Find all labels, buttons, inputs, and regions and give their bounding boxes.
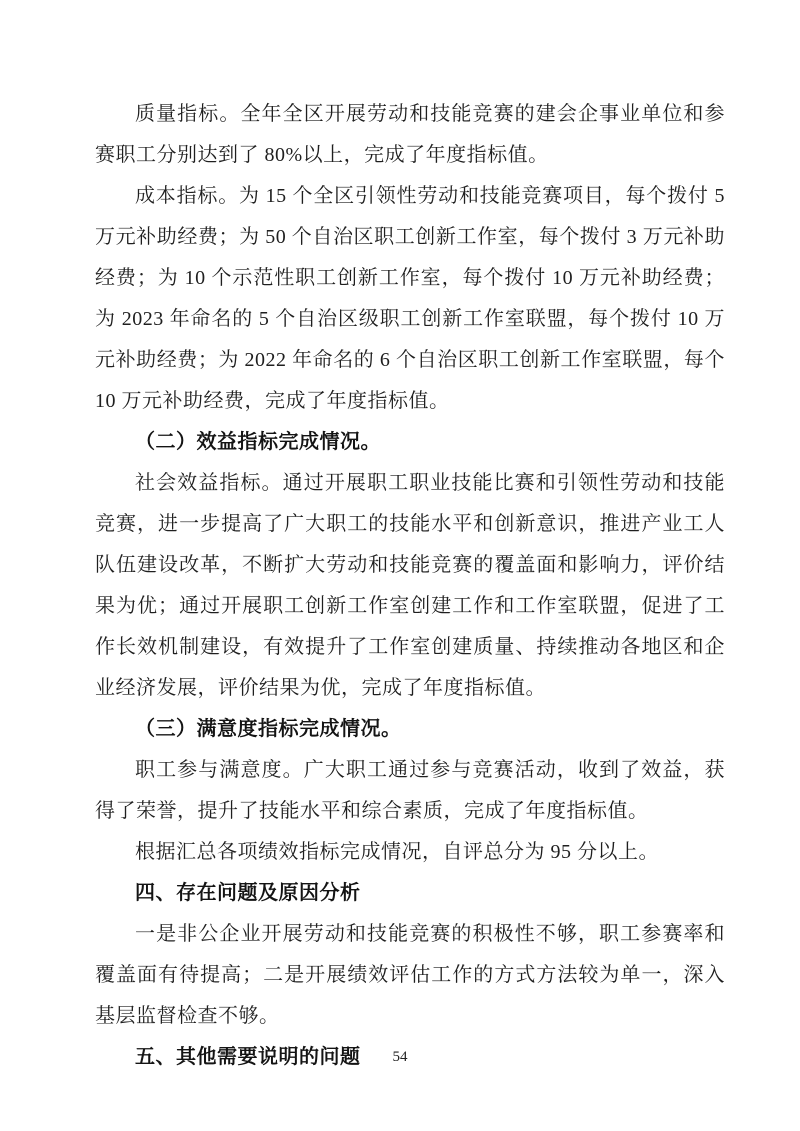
paragraph-social-benefit-indicator: 社会效益指标。通过开展职工职业技能比赛和引领性劳动和技能竞赛，进一步提高了广大职… — [95, 463, 725, 709]
paragraph-cost-indicator: 成本指标。为 15 个全区引领性劳动和技能竞赛项目，每个拨付 5 万元补助经费；… — [95, 176, 725, 422]
page-number: 54 — [0, 1046, 800, 1068]
document-page: 质量指标。全年全区开展劳动和技能竞赛的建会企事业单位和参赛职工分别达到了 80%… — [0, 0, 800, 1131]
document-body: 质量指标。全年全区开展劳动和技能竞赛的建会企事业单位和参赛职工分别达到了 80%… — [95, 94, 725, 1078]
heading-benefit-indicator-completion: （二）效益指标完成情况。 — [95, 422, 725, 463]
paragraph-employee-satisfaction: 职工参与满意度。广大职工通过参与竞赛活动，收到了效益，获得了荣誉，提升了技能水平… — [95, 750, 725, 832]
paragraph-self-evaluation-score: 根据汇总各项绩效指标完成情况，自评总分为 95 分以上。 — [95, 832, 725, 873]
paragraph-problems-description: 一是非公企业开展劳动和技能竞赛的积极性不够，职工参赛率和覆盖面有待提高；二是开展… — [95, 914, 725, 1037]
heading-problems-and-cause-analysis: 四、存在问题及原因分析 — [95, 873, 725, 914]
heading-satisfaction-indicator-completion: （三）满意度指标完成情况。 — [95, 709, 725, 750]
paragraph-quality-indicator: 质量指标。全年全区开展劳动和技能竞赛的建会企事业单位和参赛职工分别达到了 80%… — [95, 94, 725, 176]
